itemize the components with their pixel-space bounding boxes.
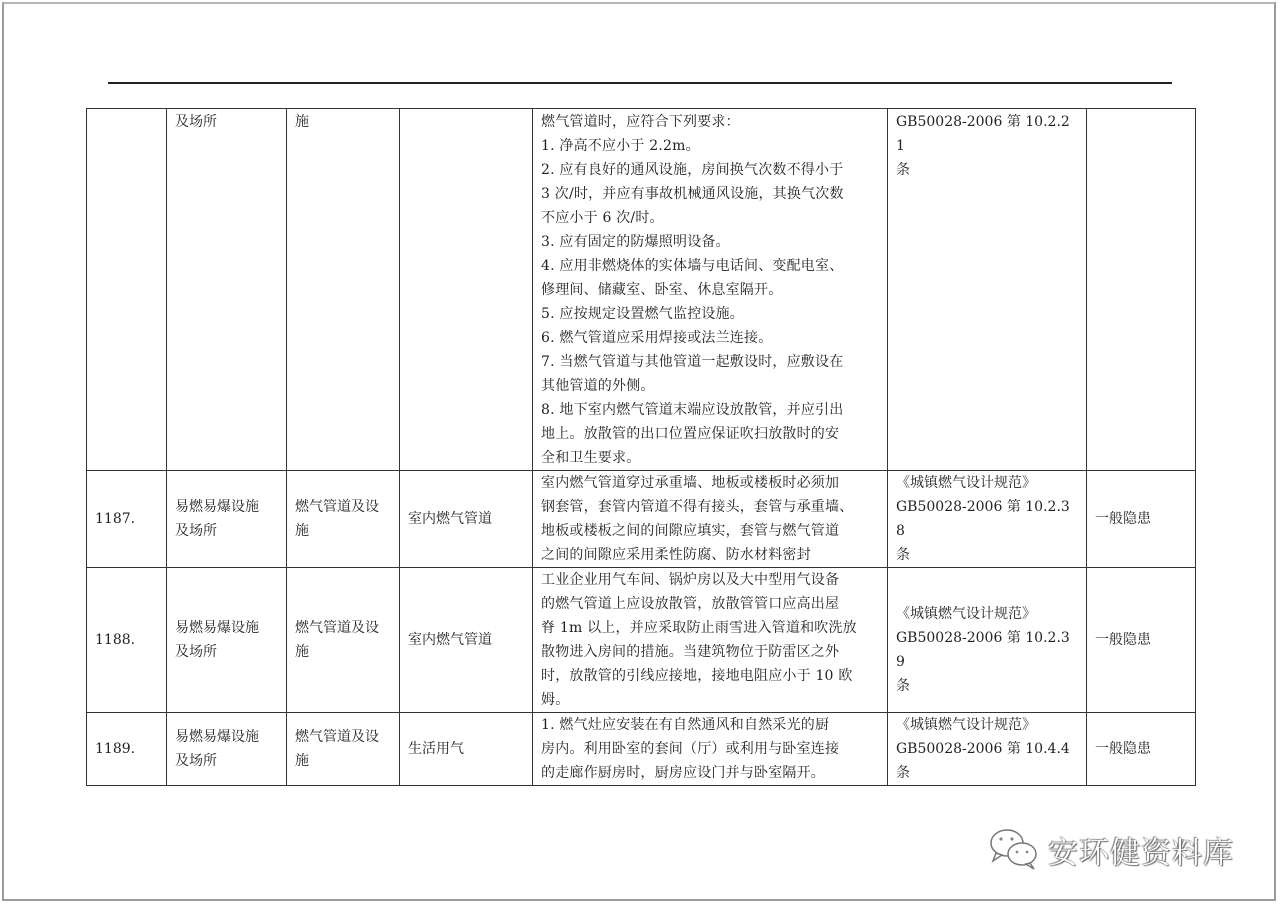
table-row: 1187. 易燃易爆设施 及场所 燃气管道及设 施 室内燃气管道 室内燃气管道穿… [87, 471, 1196, 568]
wechat-icon [988, 826, 1040, 874]
cell-level: 一般隐患 [1087, 713, 1196, 786]
cell-number: 1188. [87, 568, 167, 713]
cell-subcategory: 燃气管道及设 施 [287, 471, 400, 568]
cell-item: 室内燃气管道 [400, 568, 533, 713]
cell-number: 1189. [87, 713, 167, 786]
cell-category: 易燃易爆设施 及场所 [167, 568, 287, 713]
watermark: 安环健资料库 [988, 826, 1234, 874]
cell-subcategory: 施 [287, 109, 400, 471]
cell-category: 易燃易爆设施 及场所 [167, 471, 287, 568]
cell-description: 室内燃气管道穿过承重墙、地板或楼板时必须加 钢套管，套管内管道不得有接头，套管与… [533, 471, 888, 568]
cell-description: 1. 燃气灶应安装在有自然通风和自然采光的厨 房内。利用卧室的套间（厅）或利用与… [533, 713, 888, 786]
cell-subcategory: 燃气管道及设 施 [287, 713, 400, 786]
cell-category: 易燃易爆设施 及场所 [167, 713, 287, 786]
cell-level: 一般隐患 [1087, 568, 1196, 713]
cell-level [1087, 109, 1196, 471]
cell-level: 一般隐患 [1087, 471, 1196, 568]
cell-item: 生活用气 [400, 713, 533, 786]
cell-basis: 《城镇燃气设计规范》 GB50028-2006 第 10.2.39 条 [888, 568, 1087, 713]
header-rule [108, 82, 1172, 84]
cell-number [87, 109, 167, 471]
cell-item: 室内燃气管道 [400, 471, 533, 568]
watermark-text: 安环健资料库 [1048, 828, 1234, 872]
table-row: 1188. 易燃易爆设施 及场所 燃气管道及设 施 室内燃气管道 工业企业用气车… [87, 568, 1196, 713]
hazard-table: 及场所 施 燃气管道时，应符合下列要求： 1. 净高不应小于 2.2m。 2. … [86, 108, 1196, 786]
cell-basis: 《城镇燃气设计规范》 GB50028-2006 第 10.4.4 条 [888, 713, 1087, 786]
cell-subcategory: 燃气管道及设 施 [287, 568, 400, 713]
table-row-continuation: 及场所 施 燃气管道时，应符合下列要求： 1. 净高不应小于 2.2m。 2. … [87, 109, 1196, 471]
cell-item [400, 109, 533, 471]
cell-basis: 《城镇燃气设计规范》 GB50028-2006 第 10.2.38 条 [888, 471, 1087, 568]
cell-description: 燃气管道时，应符合下列要求： 1. 净高不应小于 2.2m。 2. 应有良好的通… [533, 109, 888, 471]
cell-basis: GB50028-2006 第 10.2.21 条 [888, 109, 1087, 471]
cell-number: 1187. [87, 471, 167, 568]
table-row: 1189. 易燃易爆设施 及场所 燃气管道及设 施 生活用气 1. 燃气灶应安装… [87, 713, 1196, 786]
cell-category: 及场所 [167, 109, 287, 471]
cell-description: 工业企业用气车间、锅炉房以及大中型用气设备 的燃气管道上应设放散管，放散管管口应… [533, 568, 888, 713]
